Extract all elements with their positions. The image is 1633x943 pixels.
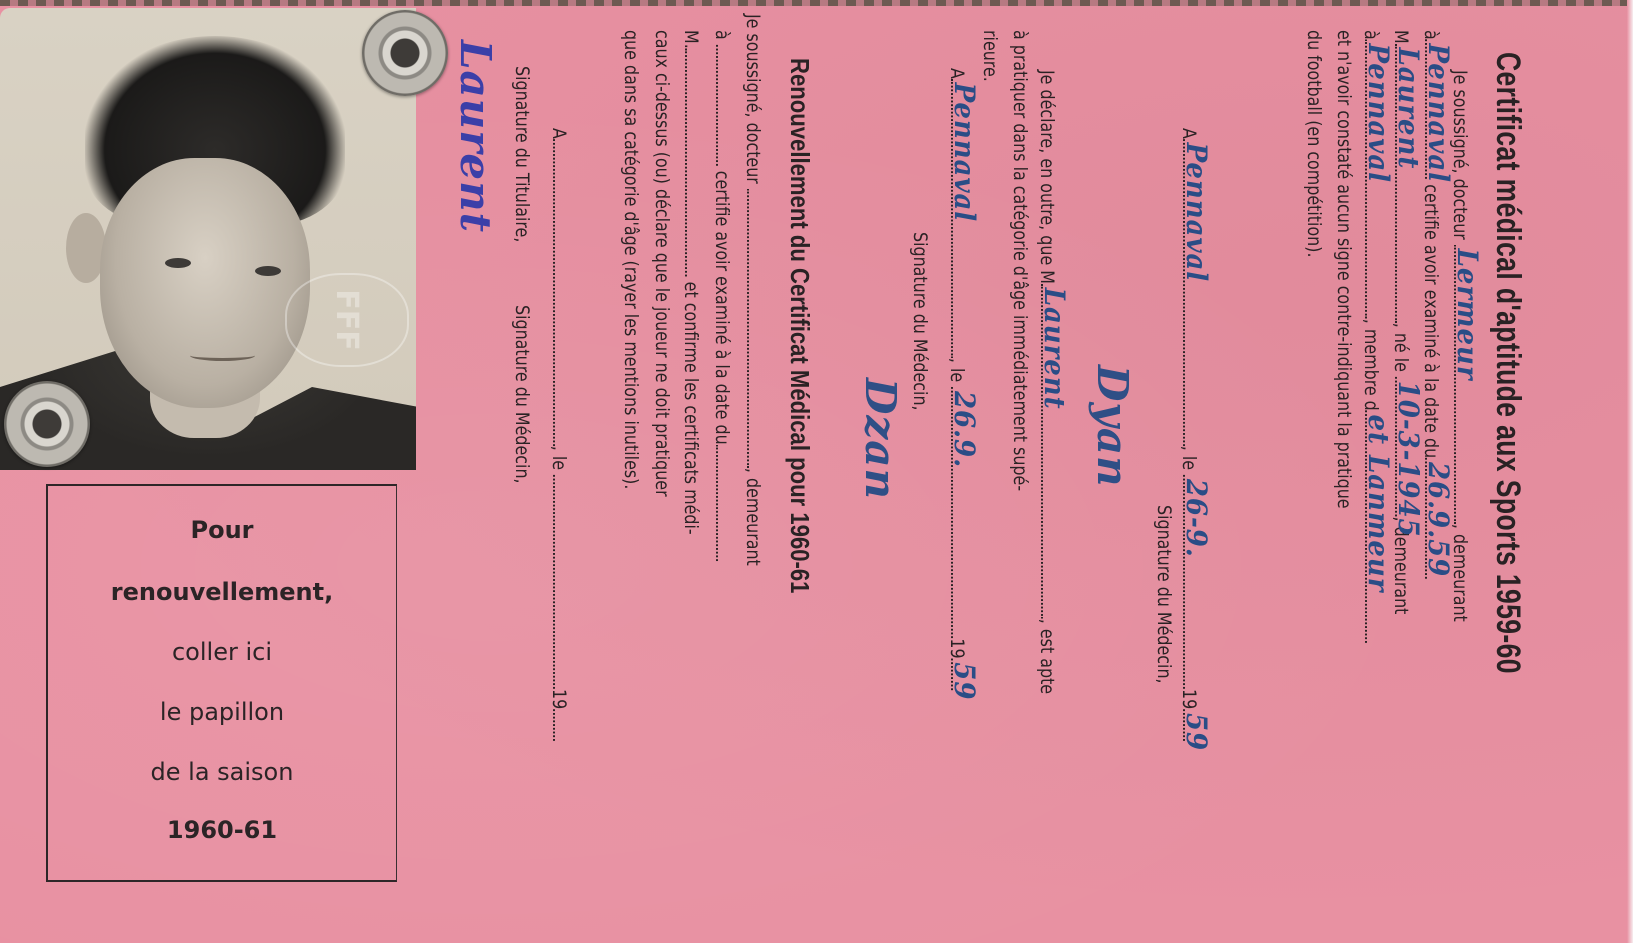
exam-date-field[interactable]: 26.9.59: [1425, 458, 1447, 579]
section2-line3: rieure.: [977, 30, 1003, 82]
section2-signature-label: Signature du Médecin,: [907, 232, 933, 411]
renewal-box-line: coller ici: [48, 638, 396, 666]
section1-place-date: APennaval, le 26-9.1959: [1176, 128, 1205, 741]
section1-signature-label: Signature du Médecin,: [1151, 505, 1177, 684]
renewal-doctor-name-field[interactable]: [747, 189, 769, 468]
renewal-box-line: renouvellement,: [48, 578, 396, 606]
holder-signature: Laurent: [454, 40, 488, 233]
renewal-heading: Renouvellement du Certificat Médical pou…: [785, 58, 815, 593]
holder-signature-label: Signature du Titulaire,: [509, 66, 535, 242]
section2-year-field[interactable]: 59: [951, 659, 973, 691]
renewal-doctor-city-field[interactable]: [716, 45, 738, 166]
renewal-place-date: A, le 19: [546, 128, 575, 741]
section1-line6: du football (en compétition).: [1301, 30, 1327, 258]
doctor-name-field[interactable]: Lermeur: [1454, 245, 1476, 524]
doctor-city-field[interactable]: Pennaval: [1425, 40, 1447, 180]
renewal-line3: M. et confirme les certificats médi-: [678, 30, 707, 535]
metal-eyelet-icon: [4, 381, 90, 467]
renewal-place-field[interactable]: [553, 139, 575, 446]
photo-face: [100, 158, 310, 408]
renewal-line2: à certifie avoir examiné à la date du: [709, 30, 738, 561]
renewal-exam-date-field[interactable]: [716, 445, 738, 561]
renewal-date-field[interactable]: [553, 475, 575, 689]
section1-year-field[interactable]: 59: [1183, 709, 1205, 741]
section1-line5: et n'avoir constaté aucun signe contre-i…: [1331, 30, 1357, 509]
embossed-stamp-icon: FFF: [285, 273, 409, 367]
renewal-box-line: Pour: [48, 516, 396, 544]
section1-place-field[interactable]: Pennaval: [1183, 139, 1205, 446]
renewal-box-line: 1960-61: [48, 816, 396, 844]
renewal-line1: Je soussigné, docteur , demeurant: [740, 14, 769, 566]
section2-doctor-signature: Dzan: [859, 378, 893, 500]
renewal-sticker-box: Pour renouvellement, coller ici le papil…: [46, 484, 397, 882]
player-city-field[interactable]: Pennaval: [1365, 40, 1387, 319]
section2-place-field[interactable]: Pennaval: [951, 79, 973, 358]
player-name-field[interactable]: Laurent: [1395, 44, 1417, 323]
photo-eye-right: [255, 266, 281, 276]
renewal-box-line: le papillon: [48, 698, 396, 726]
section1-line4: àPennaval, membre det Lanmeur: [1358, 30, 1387, 643]
birth-date-field[interactable]: 10-3-1945: [1395, 377, 1417, 516]
section2-date-field[interactable]: 26.9.: [951, 387, 973, 638]
certificate-form: Certificat médical d'aptitude aux Sports…: [420, 0, 1633, 943]
renewal-line4: caux ci-dessus (ou) déclare que le joueu…: [649, 30, 675, 497]
section2-line1: Je déclare, en outre, que MLaurent, est …: [1034, 70, 1063, 694]
renewal-player-name-field[interactable]: [685, 49, 707, 277]
section1-doctor-signature: Dyan: [1091, 365, 1125, 488]
renewal-line5: que dans sa catégorie d'âge (rayer les m…: [618, 30, 644, 489]
renewal-doctor-signature-label: Signature du Médecin,: [509, 305, 535, 484]
section1-date-field[interactable]: 26-9.: [1183, 475, 1205, 689]
photo-eye-left: [165, 258, 191, 268]
medical-certificate-card: FFF Pour renouvellement, coller ici le p…: [0, 0, 1633, 943]
renewal-year-field[interactable]: [553, 709, 575, 741]
section2-place-date: APennaval, le 26.9.1959: [944, 68, 973, 690]
certificate-title: Certificat médical d'aptitude aux Sports…: [1488, 52, 1528, 674]
club-field[interactable]: et Lanmeur: [1365, 411, 1387, 643]
section2-player-name-field[interactable]: Laurent: [1041, 284, 1063, 619]
photo-mouth: [190, 350, 255, 361]
renewal-box-line: de la saison: [48, 758, 396, 786]
section2-line2: à pratiquer dans la catégorie d'âge immé…: [1007, 30, 1033, 491]
